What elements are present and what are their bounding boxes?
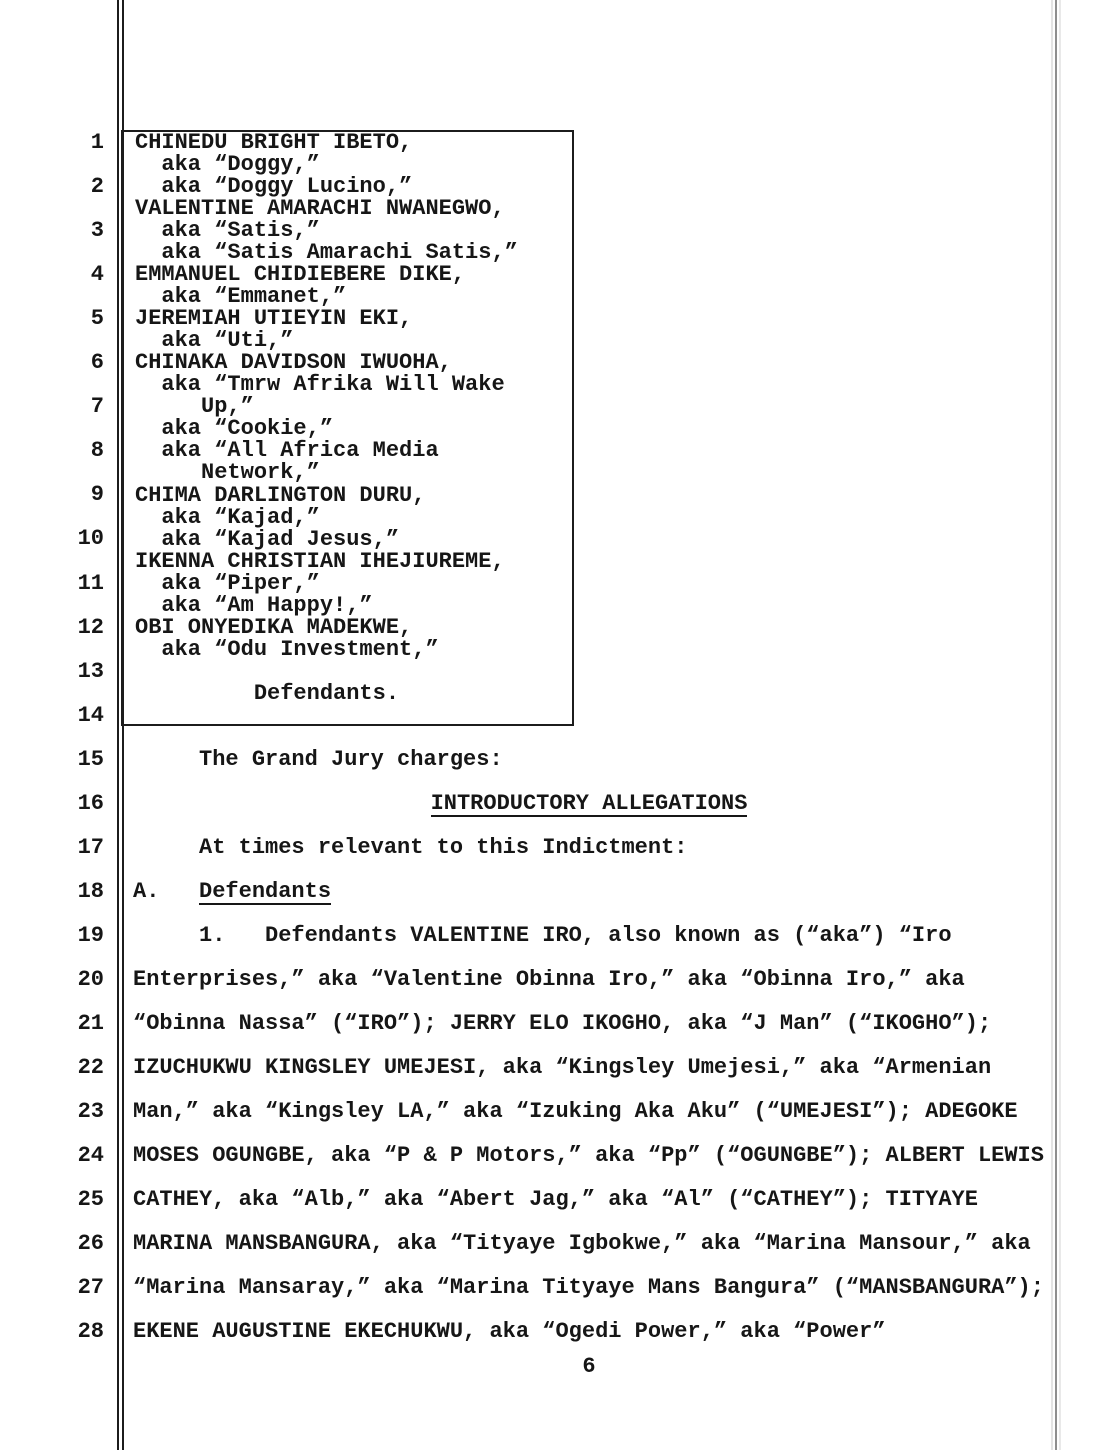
section-title-underlined: Defendants: [199, 881, 331, 905]
line-number: 18: [58, 881, 104, 903]
line-number: 28: [58, 1321, 104, 1343]
line-number: 19: [58, 925, 104, 947]
body-line: MARINA MANSBANGURA, aka “Tityaye Igbokwe…: [133, 1233, 1031, 1255]
body-line: MOSES OGUNGBE, aka “P & P Motors,” aka “…: [133, 1145, 1044, 1167]
line-number: 2: [58, 176, 104, 198]
line-number: 9: [58, 484, 104, 506]
line-number: 23: [58, 1101, 104, 1123]
line-number: 13: [58, 661, 104, 683]
section-a-defendants-line: A. Defendants: [133, 881, 331, 905]
right-page-edge-line: [1055, 0, 1057, 1450]
grand-jury-charges-line: The Grand Jury charges:: [133, 749, 503, 771]
line-number: 8: [58, 440, 104, 462]
body-line: Enterprises,” aka “Valentine Obinna Iro,…: [133, 969, 965, 991]
line-number: 26: [58, 1233, 104, 1255]
line-number: 16: [58, 793, 104, 815]
document-page: 1234567891011121314151617181920212223242…: [0, 0, 1120, 1450]
body-line: Man,” aka “Kingsley LA,” aka “Izuking Ak…: [133, 1101, 1018, 1123]
left-margin-rule-outer: [117, 0, 119, 1450]
body-line: “Obinna Nassa” (“IRO”); JERRY ELO IKOGHO…: [133, 1013, 991, 1035]
body-line: EKENE AUGUSTINE EKECHUKWU, aka “Ogedi Po…: [133, 1321, 886, 1343]
body-line: “Marina Mansaray,” aka “Marina Tityaye M…: [133, 1277, 1044, 1299]
body-line: 1. Defendants VALENTINE IRO, also known …: [133, 925, 952, 947]
heading-underlined-text: INTRODUCTORY ALLEGATIONS: [431, 793, 748, 817]
page-number: 6: [133, 1356, 1045, 1378]
line-number: 3: [58, 220, 104, 242]
line-number: 12: [58, 617, 104, 639]
line-number: 5: [58, 308, 104, 330]
line-number: 1: [58, 132, 104, 154]
line-number: 22: [58, 1057, 104, 1079]
body-line: IZUCHUKWU KINGSLEY UMEJESI, aka “Kingsle…: [133, 1057, 991, 1079]
section-label: A.: [133, 879, 199, 904]
line-number: 10: [58, 528, 104, 550]
line-number: 17: [58, 837, 104, 859]
body-line: CATHEY, aka “Alb,” aka “Abert Jag,” aka …: [133, 1189, 978, 1211]
line-number: 27: [58, 1277, 104, 1299]
line-number: 6: [58, 352, 104, 374]
introductory-allegations-heading: INTRODUCTORY ALLEGATIONS: [133, 793, 1045, 817]
line-number: 24: [58, 1145, 104, 1167]
caption-text: CHINEDU BRIGHT IBETO, aka “Doggy,” aka “…: [135, 132, 518, 705]
line-number: 7: [58, 396, 104, 418]
at-times-relevant-line: At times relevant to this Indictment:: [133, 837, 688, 859]
line-number: 25: [58, 1189, 104, 1211]
line-number: 4: [58, 264, 104, 286]
line-number: 14: [58, 705, 104, 727]
line-number: 21: [58, 1013, 104, 1035]
line-number: 20: [58, 969, 104, 991]
line-number: 15: [58, 749, 104, 771]
line-number: 11: [58, 573, 104, 595]
